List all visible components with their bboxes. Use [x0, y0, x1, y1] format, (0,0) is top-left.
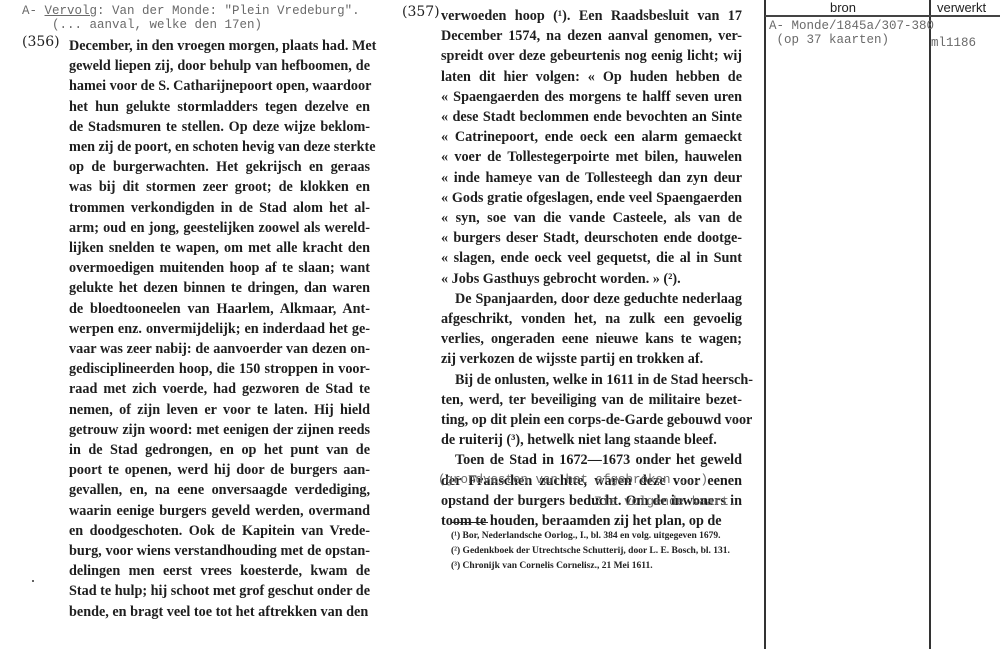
text-line: Toen de Stad in 1672—1673 onder het gewe…: [441, 450, 742, 470]
text-line: verwoeden hoop (¹). Een Raadsbesluit van…: [441, 6, 742, 26]
table-header-rule: [765, 15, 1000, 17]
text-line: de ruiterij (³), hetwelk niet lang staan…: [441, 430, 742, 450]
text-line: December 1574, na dezen aanval genomen, …: [441, 26, 742, 46]
text-line: « Gods gratie ofgeslagen, ende veel Spae…: [441, 188, 742, 208]
typed-continuation: (grondvesten van het afgebroken ...): [438, 473, 708, 487]
text-line: bende, en bragt veel toe tot het aftrekk…: [69, 602, 370, 622]
header-continuation: (... aanval, welke den 17en): [52, 18, 262, 32]
text-line: gelukte het dezen binnen te dringen, dan…: [69, 278, 370, 298]
text-line: men zij de poort, en schoten hevig van d…: [69, 137, 370, 157]
page-number-right: (357): [402, 4, 440, 20]
text-line: zij verkozen de wijsste partij en trokke…: [441, 349, 742, 369]
text-line: het hun gelukte stormladders tegen dezel…: [69, 97, 370, 117]
text-line: de Stadsmuren te stellen. Op deze wijze …: [69, 117, 370, 137]
column-header-bron: bron: [830, 0, 856, 15]
text-line: raad met zich voerde, had gezworen de St…: [69, 379, 370, 399]
text-line: laten dit hier volgen: « Op huden hebben…: [441, 67, 742, 87]
text-line: de bloedtooneelen van Haarlem, Alkmaar, …: [69, 299, 370, 319]
text-line: delingen men eerst vrees koesterde, kwam…: [69, 561, 370, 581]
text-line: « Catrinepoort, ende oeck een alarm gema…: [441, 127, 742, 147]
text-line: ting, op dit plein een corps-de-Garde ge…: [441, 410, 742, 430]
text-line: Bij de onlusten, welke in 1611 in de Sta…: [441, 370, 742, 390]
right-text-column: verwoeden hoop (¹). Een Raadsbesluit van…: [441, 6, 742, 531]
text-line: « slagen, ende oeck veel gequetst, die a…: [441, 248, 742, 268]
text-line: vaar was zeer nabij: de aanvoerder van d…: [69, 339, 370, 359]
text-line: December, in den vroegen morgen, plaats …: [69, 36, 370, 56]
text-line: waarin eenige burgers geveld werden, ove…: [69, 501, 370, 521]
column-header-verwerkt: verwerkt: [937, 0, 986, 15]
text-line: hamei voor de S. Catharijnepoort open, w…: [69, 76, 370, 96]
page-number-left: (356): [22, 34, 60, 50]
text-line: « Jobs Gasthuys gebrocht worden. » (²).: [441, 269, 742, 289]
text-line: afgeschrikt, vonden het, na zulk een gev…: [441, 309, 742, 329]
scan-speck: [32, 580, 34, 582]
text-line: en doodgeschoten. Ook de Kapitein van Vr…: [69, 521, 370, 541]
text-line: arm; oud en jong, geestelijken zoowel al…: [69, 218, 370, 238]
text-line: geweld liepen zij, door behulp van hefbo…: [69, 56, 370, 76]
text-line: gevallen, en, na eene onversaagde verded…: [69, 480, 370, 500]
header-prefix: A-: [22, 4, 45, 18]
text-line: op de burgerwachten. Het gekrijsch en ge…: [69, 157, 370, 177]
card-header: A- Vervolg: Van der Monde: "Plein Vredeb…: [22, 4, 360, 18]
footnote-3: (³) Chronijk van Cornelis Cornelisz., 21…: [451, 559, 653, 574]
text-line: ten, werd, ter beveiliging van de milita…: [441, 390, 742, 410]
footnote-2: (²) Gedenkboek der Utrechtsche Schutteri…: [451, 544, 730, 559]
text-line: werpen enz. onvermijdelijk; en inderdaad…: [69, 319, 370, 339]
source-card-count: (op 37 kaarten): [769, 33, 889, 47]
footnote-rule: [451, 522, 488, 523]
text-line: De Spanjaarden, door deze geduchte neder…: [441, 289, 742, 309]
text-line: was bij dit stormen zeer groot; de klokk…: [69, 177, 370, 197]
text-line: poort te openen, werd hij door de burger…: [69, 460, 370, 480]
text-line: verlies, ongeraden eene nieuwe kans te w…: [441, 329, 742, 349]
text-line: « Spaengaerden des morgens te halff seve…: [441, 87, 742, 107]
text-line: gedisciplineerden hoop, die 150 stroppen…: [69, 359, 370, 379]
text-line: spreidt over deze gebeurtenis nog eenig …: [441, 46, 742, 66]
table-divider-middle: [929, 0, 931, 649]
text-line: « inde hameye van de Tollesteegh dan zyn…: [441, 168, 742, 188]
text-line: « voer de Tollestegerpoirte met bilen, h…: [441, 147, 742, 167]
header-title-underlined: Vervolg: [45, 4, 98, 18]
left-text-column: December, in den vroegen morgen, plaats …: [69, 36, 370, 622]
text-line: lijken snelden te wapen, om met alle kra…: [69, 238, 370, 258]
typed-next-card-note: Zie volgende kaart.: [594, 495, 737, 509]
text-line: nemen, of zijn leven er voor te laten. H…: [69, 400, 370, 420]
text-line: « dese Stadt beclommen ende bevochten an…: [441, 107, 742, 127]
source-reference: A- Monde/1845a/307-380: [769, 19, 934, 33]
header-title: : Van der Monde: "Plein Vredeburg".: [97, 4, 360, 18]
processed-id: ml1186: [931, 36, 976, 50]
text-line: « burgers deser Stadt, deurschoten ende …: [441, 228, 742, 248]
text-line: trommen verkondigden in de Stad alom het…: [69, 198, 370, 218]
text-line: in de Stad gedrongen, en op het punt van…: [69, 440, 370, 460]
text-line: burg, voor wiens verstandhouding met de …: [69, 541, 370, 561]
text-line: Stad te hulp; hij schoot met grof geschu…: [69, 581, 370, 601]
text-line: « syn, soe van die vande Casteele, als v…: [441, 208, 742, 228]
table-divider-left: [764, 0, 766, 649]
text-line: getrouw zijn woord: met eenigen der zijn…: [69, 420, 370, 440]
text-line: overmoedigen muitenden hoop af te slaan;…: [69, 258, 370, 278]
footnote-1: (¹) Bor, Nederlandsche Oorlog., I., bl. …: [451, 529, 721, 544]
